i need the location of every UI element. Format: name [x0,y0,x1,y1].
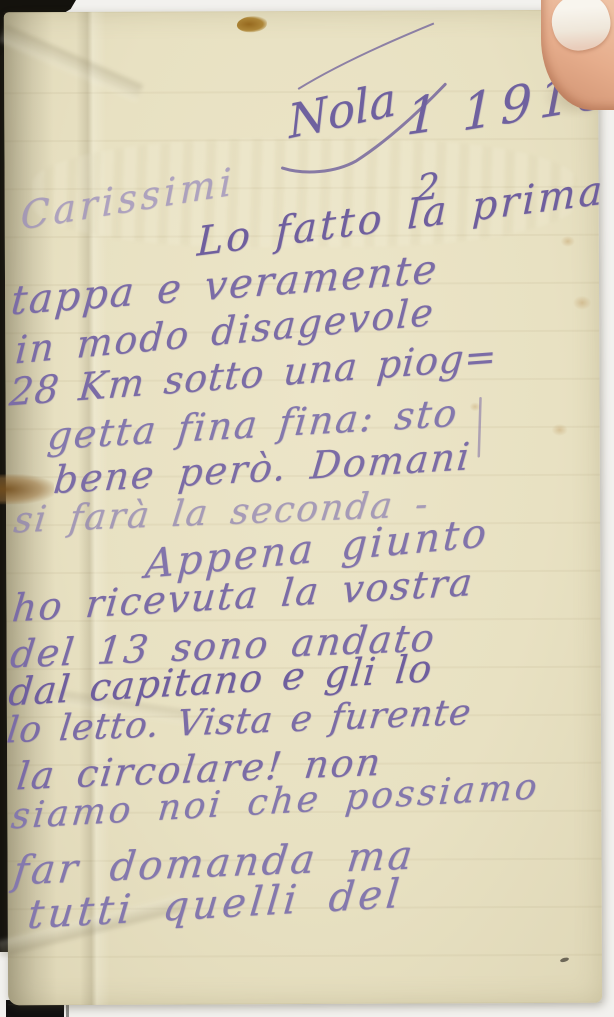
date-day: 1 [405,84,438,147]
foxing-spot [573,296,591,310]
top-left-crease [0,25,143,102]
foxing-spot [561,236,575,247]
fingernail [545,0,614,57]
letter-photo: Nola 1 2 1918 Carissimi Lo fatto la prim… [0,0,614,1017]
ink-speck [560,957,570,963]
date-place: Nola [286,72,398,150]
stain-top [237,16,267,32]
foxing-spot [470,402,481,411]
letter-page: Nola 1 2 1918 Carissimi Lo fatto la prim… [4,10,602,1006]
foxing-spot [552,424,568,436]
